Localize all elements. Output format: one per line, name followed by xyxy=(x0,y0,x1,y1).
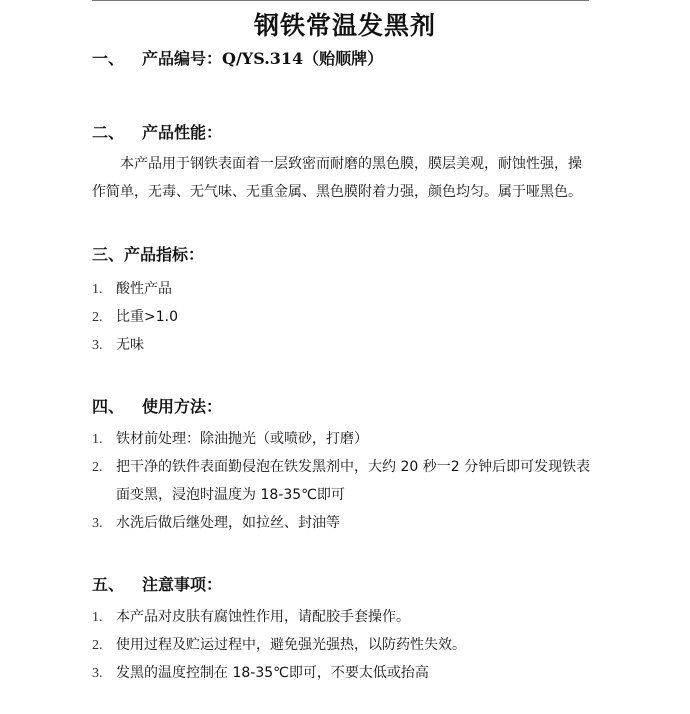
section-number: 五、 xyxy=(92,572,142,595)
list-item: 1.本产品对皮肤有腐蚀性作用，请配胶手套操作。 xyxy=(92,606,410,626)
paragraph-line: 作简单，无毒、无气味、无重金属、黑色膜附着力强，颜色均匀。属于哑黑色。 xyxy=(92,178,592,206)
section-4-heading: 四、使用方法： xyxy=(92,394,222,417)
section-number: 三、 xyxy=(92,242,124,265)
list-item: 3.发黑的温度控制在 18-35℃即可，不要太低或抬高 xyxy=(92,662,429,682)
section-3-heading: 三、产品指标： xyxy=(92,242,204,265)
section-number: 二、 xyxy=(92,120,142,143)
list-item: 3.无味 xyxy=(92,334,144,354)
paragraph-line: 本产品用于钢铁表面着一层致密而耐磨的黑色膜，膜层美观，耐蚀性强，操 xyxy=(92,150,592,178)
list-item-continuation: 面变黑，浸泡时温度为 18-35℃即可 xyxy=(116,484,345,504)
product-code: Q/YS.314（贻顺牌） xyxy=(222,49,383,68)
list-item: 3.水洗后做后继处理，如拉丝、封油等 xyxy=(92,512,340,532)
performance-paragraph: 本产品用于钢铁表面着一层致密而耐磨的黑色膜，膜层美观，耐蚀性强，操 作简单，无毒… xyxy=(92,150,592,206)
section-title: 产品性能： xyxy=(142,123,222,142)
document-title: 钢铁常温发黑剂 xyxy=(0,6,690,42)
section-title: 注意事项： xyxy=(142,575,222,594)
section-number: 一、 xyxy=(92,46,142,69)
list-item: 2.使用过程及贮运过程中，避免强光强热，以防药性失效。 xyxy=(92,634,466,654)
section-2-heading: 二、产品性能： xyxy=(92,120,222,143)
page-top-border xyxy=(92,0,589,1)
section-number: 四、 xyxy=(92,394,142,417)
section-1-heading: 一、产品编号：Q/YS.314（贻顺牌） xyxy=(92,46,383,69)
list-item: 2.比重>1.0 xyxy=(92,306,178,326)
list-item: 2.把干净的铁件表面勤侵泡在铁发黑剂中，大约 20 秒一2 分钟后即可发现铁表 xyxy=(92,456,590,476)
list-item: 1.酸性产品 xyxy=(92,278,172,298)
section-5-heading: 五、注意事项： xyxy=(92,572,222,595)
section-title: 使用方法： xyxy=(142,397,222,416)
section-title: 产品编号： xyxy=(142,49,222,68)
section-title: 产品指标： xyxy=(124,245,204,264)
list-item: 1.铁材前处理：除油抛光（或喷砂，打磨） xyxy=(92,428,368,448)
